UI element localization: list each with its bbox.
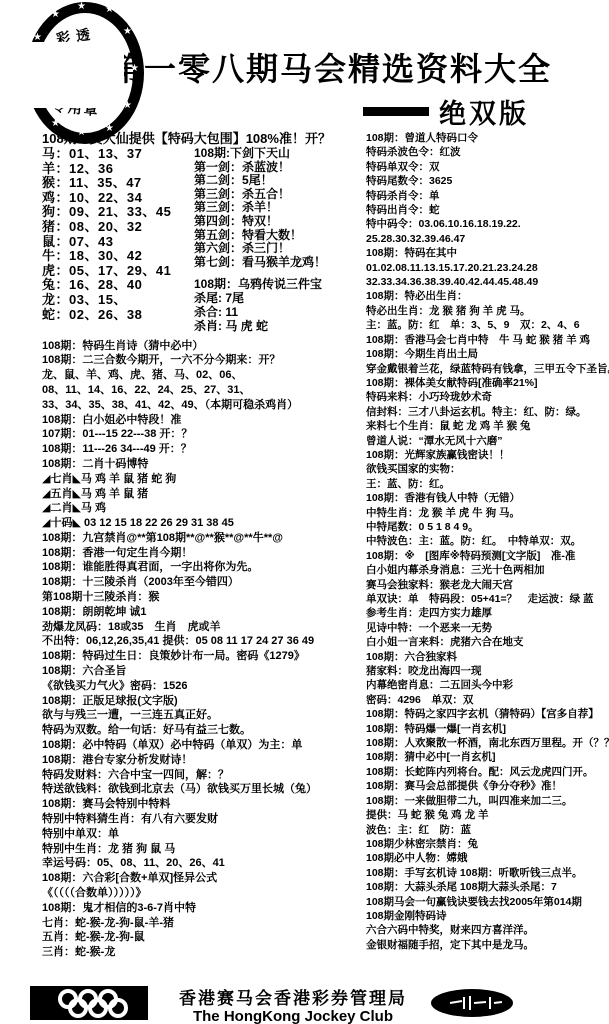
star-icon: ★ [105, 5, 114, 15]
text-line: 见诗中特：一个恶来一无势 [366, 621, 602, 635]
star-icon: ★ [51, 10, 60, 20]
oval-stamp-icon [430, 988, 514, 1018]
text-line: 欲钱买国家的实物： [366, 462, 602, 476]
star-icon: ★ [123, 101, 132, 111]
left-text-lines: 108期：特码生肖诗（猜中必中）108期：二三合数今期开，一六不分今期来：开？龙… [42, 339, 360, 960]
text-line: 金银财福随手招，定下其中是龙马。 [366, 938, 602, 952]
text-line: 108期：六合圣旨 [42, 664, 360, 679]
sword-line: 108期:下剑下天山 [194, 147, 360, 161]
crow-legend-list: 108期：乌鸦传说三件宝杀尾: 7尾杀合: 11杀肖: 马 虎 蛇 [194, 278, 360, 333]
sword-line: 第三剑：杀羊！ [194, 201, 360, 215]
text-line: 108期：正版足球报(文字版) [42, 694, 360, 709]
star-icon: ★ [27, 64, 36, 74]
text-line: 幸运号码：05、08、11、20、26、41 [42, 856, 360, 871]
hkjc-logo-icon [30, 986, 148, 1020]
text-line: 108期：鬼才相信的3-6-7肖中特 [42, 901, 360, 916]
text-line: 赛马会独家料：猴老龙大闹天宫 [366, 578, 602, 592]
sword-line: 第七剑：看马猴羊龙鸡！ [194, 256, 360, 270]
text-line: 108期：谁能胜得真君面，一字出将你为先。 [42, 560, 360, 575]
text-line: 第108期十三陵杀肖：猴 [42, 590, 360, 605]
text-line: 08、11、14、16、22、24、25、27、31、 [42, 383, 360, 398]
star-icon: ★ [123, 27, 132, 37]
text-line: ◢十码◣ 03 12 15 18 22 26 29 31 38 45 [42, 516, 360, 531]
text-line: 108期：长蛇阵内列将台。配：风云龙虎四门开。 [366, 765, 602, 779]
text-line: 108期：裸体美女献特码[准确率21%] [366, 376, 602, 390]
text-line: 穿金戴银着兰花，绿蓝特码有钱拿，三甲五令下圣旨。 [366, 362, 602, 376]
text-line: 108期：港台专家分析发财诗！ [42, 753, 360, 768]
text-line: 密码：4296 单双：双 [366, 693, 602, 707]
zodiac-line: 牛：18、30、42 [42, 249, 194, 264]
text-line: 特别中特料猜生肖：有八有六要发财 [42, 812, 360, 827]
text-line: 108期：二肖十码博特 [42, 457, 360, 472]
text-line: 108期：十三陵杀肖（2003年至今错四） [42, 575, 360, 590]
text-line: 33、34、35、38、41、42、49、（本期可稳杀鸡肖） [42, 398, 360, 413]
star-icon: ★ [77, 128, 86, 138]
text-line: 108期：※ [图库※特码预测[文字版] 准-准 [366, 549, 602, 563]
star-icon: ★ [105, 124, 114, 134]
sword-line: 第四剑：特双！ [194, 215, 360, 229]
text-line: 特中码令：03.06.10.16.18.19.22. [366, 217, 602, 231]
text-line: 108期：朗朗乾坤 诚1 [42, 605, 360, 620]
title-dash [363, 107, 429, 116]
text-line: 信封料：三才八卦运玄机。特主：红、防：绿。 [366, 405, 602, 419]
crow-line: 杀合: 11 [194, 306, 360, 320]
zodiac-number-list: 马：01、13、37羊：12、36猴：11、35、47鸡：10、22、34狗：0… [42, 147, 194, 334]
text-line: 108期：曾道人特码口令 [366, 131, 602, 145]
right-text-lines: 108期：曾道人特码口令特码杀波色令：红波特码单双令：双特码尾数令：3625特码… [366, 131, 602, 952]
text-line: 108期：猜中必中[一肖玄机] [366, 750, 602, 764]
text-line: 108期：特码之家四字玄机（猜特码）【宫多自荐】 [366, 707, 602, 721]
text-line: 《（（（（合数单）））））》 [42, 886, 360, 901]
text-line: ◢五肖◣马 鸡 羊 鼠 猪 [42, 487, 360, 502]
text-line: 中特生肖：龙 猴 羊 虎 牛 狗 马。 [366, 506, 602, 520]
stamp-redaction-box [0, 42, 124, 108]
text-line: 白小姐一言来料：虎猪六合在地支 [366, 635, 602, 649]
swords-block: 108期:下剑下天山第一剑：杀蓝波！第二剑：5尾！第三剑：杀五合！第三剑：杀羊！… [194, 147, 360, 334]
text-line: 五肖：蛇-猴-龙-狗-鼠 [42, 930, 360, 945]
left-top-block: 马：01、13、37羊：12、36猴：11、35、47鸡：10、22、34狗：0… [42, 147, 360, 334]
text-line: 108期：特必出生肖： [366, 289, 602, 303]
text-line: 单双诀：单 特码段：05+41=？ 走运波：绿 蓝 [366, 592, 602, 606]
text-line: 七肖：蛇-猴-龙-狗-鼠-羊-猪 [42, 916, 360, 931]
text-line: 108期：六合独家料 [366, 650, 602, 664]
text-line: 三肖：蛇-猴-龙 [42, 945, 360, 960]
text-line: ◢七肖◣马 鸡 羊 鼠 猪 蛇 狗 [42, 472, 360, 487]
text-line: 108期：必中特码（单双）必中特码（单双）为主：单 [42, 738, 360, 753]
text-line: 特码尾数令：3625 [366, 174, 602, 188]
text-line: 108期：特码生肖诗（猜中必中） [42, 339, 360, 354]
sword-list: 108期:下剑下天山第一剑：杀蓝波！第二剑：5尾！第三剑：杀五合！第三剑：杀羊！… [194, 147, 360, 269]
star-icon: ★ [51, 119, 60, 129]
text-line: 108期：光辉家族赢钱密诀！！ [366, 448, 602, 462]
text-line: 六合六码中特奖，财来四方喜洋洋。 [366, 923, 602, 937]
zodiac-line: 蛇：02、26、38 [42, 308, 194, 323]
text-line: 108期：手写玄机诗 108期：听歌听钱三点半。 [366, 866, 602, 880]
footer-org-cn: 香港赛马会香港彩券管理局 [168, 984, 418, 1009]
text-line: 特码来料：小巧玲珑妙术奇 [366, 390, 602, 404]
text-line: 猪家料：咬龙出海四一现 [366, 664, 602, 678]
zodiac-line: 鸡：10、22、34 [42, 191, 194, 206]
footer-text: 香港赛马会香港彩券管理局 The HongKong Jockey Club [168, 984, 418, 1024]
zodiac-line: 羊：12、36 [42, 162, 194, 177]
right-column: 108期：曾道人特码口令特码杀波色令：红波特码单双令：双特码尾数令：3625特码… [366, 130, 602, 960]
text-line: 特码出肖令：蛇 [366, 203, 602, 217]
zodiac-line: 狗：09、21、33、45 [42, 205, 194, 220]
text-line: 108期：二三合数今期开，一六不分今期来：开？ [42, 353, 360, 368]
text-line: 欲与与残三一遭，一三连五真正好。 [42, 708, 360, 723]
text-line: 参考生肖：走四方实力雄厚 [366, 606, 602, 620]
star-icon: ★ [77, 2, 86, 12]
text-line: 劲爆龙凤码：18或35 生肖 虎或羊 [42, 620, 360, 635]
text-line: 108期金刚特码诗 [366, 909, 602, 923]
subtitle-row: 绝双版 [363, 92, 529, 131]
text-line: 108期：白小姐必中特段！准 [42, 413, 360, 428]
text-line: 108期：香港马会七肖中特 牛 马 蛇 猴 猪 羊 鸡 [366, 333, 602, 347]
zodiac-line: 鼠：07、43 [42, 235, 194, 250]
text-line: 108期：九宫禁肖@**第108期**@**猴**@**牛**@ [42, 531, 360, 546]
text-line: 内幕绝密肖息：二五回头今中彩 [366, 678, 602, 692]
left-column: 108期：黄大仙提供【特码大包围】108%准！开？ 马：01、13、37羊：12… [42, 130, 360, 960]
text-line: 108期：一来做胆带二九，叫四准来加二三。 [366, 794, 602, 808]
page-subtitle: 绝双版 [439, 92, 529, 131]
text-line: 波色：主：红 防：蓝 [366, 823, 602, 837]
text-line: 108期：大蒜头杀尾 108期大蒜头杀尾：7 [366, 880, 602, 894]
text-line: 108期少林密宗禁肖：兔 [366, 837, 602, 851]
text-line: 中特波色：主：蓝。防：红。 中特单双：双。 [366, 534, 602, 548]
text-line: 108期：赛马会特别中特料 [42, 797, 360, 812]
text-line: 01.02.08.11.13.15.17.20.21.23.24.28 [366, 261, 602, 275]
sword-line: 第六剑：杀三门！ [194, 242, 360, 256]
text-line: 32.33.34.36.38.39.40.42.44.45.48.49 [366, 275, 602, 289]
text-line: 来料七个生肖：鼠 蛇 龙 鸡 羊 猴 兔 [366, 419, 602, 433]
text-line: 《欲钱买力气火》密码：1526 [42, 679, 360, 694]
zodiac-line: 猴：11、35、47 [42, 176, 194, 191]
text-line: 中特尾数：0 5 1 8 4 9。 [366, 520, 602, 534]
content-columns: 108期：黄大仙提供【特码大包围】108%准！开？ 马：01、13、37羊：12… [42, 130, 602, 960]
text-line: 提供：马 蛇 猴 兔 鸡 龙 羊 [366, 808, 602, 822]
text-line: 主：蓝。防：红 单：3、5、9 双：2、4、6 [366, 318, 602, 332]
zodiac-line: 猪：08、20、32 [42, 220, 194, 235]
crow-line: 杀尾: 7尾 [194, 292, 360, 306]
text-line: 王：蓝、防：红。 [366, 477, 602, 491]
text-line: 108期马会一句赢钱诀要钱去找2005年第014期 [366, 895, 602, 909]
zodiac-line: 虎：05、17、29、41 [42, 264, 194, 279]
text-line: 108期：六合彩[合数+单双]怪异公式 [42, 871, 360, 886]
text-line: 不出特：06,12,26,35,41 提供：05 08 11 17 24 27 … [42, 634, 360, 649]
text-line: 108期：今期生肖出土局 [366, 347, 602, 361]
footer: 香港赛马会香港彩券管理局 The HongKong Jockey Club [0, 982, 609, 1024]
page: ★ ★ ★ ★ ★ ★ ★ ★ ★ ★ ★ ★ 彩透 专用章 第一零八期马会精选… [0, 0, 609, 1024]
star-icon: ★ [33, 95, 42, 105]
text-line: 特码为双数。给一句话：好马有益三七数。 [42, 723, 360, 738]
text-line: 特别中生肖：龙 猪 狗 鼠 马 [42, 842, 360, 857]
text-line: 25.28.30.32.39.46.47 [366, 232, 602, 246]
left-headline: 108期：黄大仙提供【特码大包围】108%准！开？ [42, 130, 360, 147]
text-line: 特码杀波色令：红波 [366, 145, 602, 159]
text-line: 108期：人欢聚散一杯酒，南北东西万里程。开（？？） [366, 736, 602, 750]
text-line: 龙、鼠、羊、鸡、虎、猪、马、02、06、 [42, 368, 360, 383]
text-line: 特码单双令：双 [366, 160, 602, 174]
text-line: 特别中单双：单 [42, 827, 360, 842]
text-line: 特码杀肖令：单 [366, 189, 602, 203]
sword-line: 第二剑：5尾！ [194, 174, 360, 188]
crow-line: 杀肖: 马 虎 蛇 [194, 320, 360, 334]
text-line: 108期：特码在其中 [366, 246, 602, 260]
text-line: 特必出生肖：龙 猴 猪 狗 羊 虎 马。 [366, 304, 602, 318]
text-line: 108期：特码过生日：良策妙计布一局。密码《1279》 [42, 649, 360, 664]
zodiac-line: 马：01、13、37 [42, 147, 194, 162]
footer-org-en: The HongKong Jockey Club [168, 1008, 418, 1024]
page-title: 第一零八期马会精选资料大全 [110, 44, 552, 90]
text-line: 特码发财料：六合中宝一四间，解：？ [42, 768, 360, 783]
star-icon: ★ [130, 64, 139, 74]
text-line: 108期：香港有钱人中特（无错） [366, 491, 602, 505]
text-line: 108期：11---26 34---49 开：？ [42, 442, 360, 457]
text-line: 曾道人说：“潭水无风十六磨” [366, 434, 602, 448]
text-line: 108期必中人物：嫦娥 [366, 851, 602, 865]
text-line: 特送欲钱料：欲钱到北京去（马）欲钱买万里长城（兔） [42, 782, 360, 797]
text-line: 108期：香港一句定生肖今期！ [42, 546, 360, 561]
text-line: 107期：01---15 22---38 开：？ [42, 427, 360, 442]
star-icon: ★ [33, 33, 42, 43]
text-line: 108期：特码爆一爆[一肖玄机] [366, 722, 602, 736]
text-line: ◢二肖◣马 鸡 [42, 501, 360, 516]
text-line: 白小姐内幕杀身消息：三光十色两相加 [366, 563, 602, 577]
text-line: 108期：赛马会总部提供《争分夺秒》准！ [366, 779, 602, 793]
zodiac-line: 龙：03、15、 [42, 293, 194, 308]
zodiac-line: 兔：16、28、40 [42, 278, 194, 293]
